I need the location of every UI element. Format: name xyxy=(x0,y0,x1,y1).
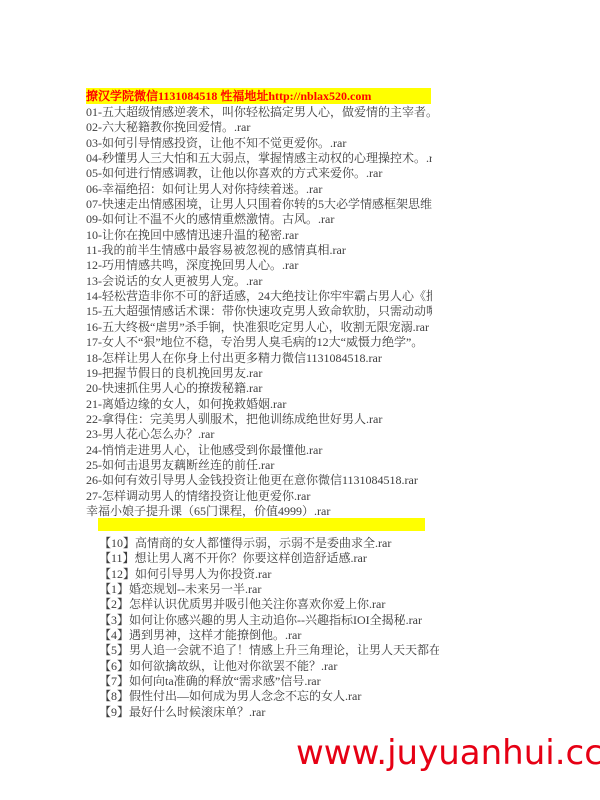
course-list-secondary: 【10】高情商的女人都懂得示弱，示弱不是委曲求全.rar 【11】想让男人离不开… xyxy=(99,536,439,720)
list-item: 【4】遇到男神，这样才能撩倒他。.rar xyxy=(99,628,439,643)
list-item: 26-如何有效引导男人金钱投资让他更在意你微信1131084518.rar xyxy=(86,473,432,488)
list-item: 21-离婚边缘的女人，如何挽救婚姻.rar xyxy=(86,397,432,412)
list-item: 19-把握节假日的良机挽回男友.rar xyxy=(86,366,432,381)
list-item: 05-如何进行情感调教，让他以你喜欢的方式来爱你。.rar xyxy=(86,166,432,181)
list-item: 【7】如何向ta准确的释放“需求感”信号.rar xyxy=(99,674,439,689)
list-item: 【2】怎样认识优质男并吸引他关注你喜欢你爱上你.rar xyxy=(99,597,439,612)
list-item: 10-让你在挽回中感情迅速升温的秘密.rar xyxy=(86,228,432,243)
list-item: 17-女人不“狠”地位不稳，专治男人臭毛病的12大“威慑力绝学”。 xyxy=(86,335,432,350)
list-item: 04-秒懂男人三大怕和五大弱点，掌握情感主动权的心理操控术。.rar xyxy=(86,151,432,166)
list-item: 【1】婚恋规划--未来另一半.rar xyxy=(99,582,439,597)
list-item: 【8】假性付出—如何成为男人念念不忘的女人.rar xyxy=(99,689,439,704)
list-item: 18-怎样让男人在你身上付出更多精力微信1131084518.rar xyxy=(86,351,432,366)
highlighted-divider xyxy=(98,518,425,531)
list-item: 【9】最好什么时候滚床单？.rar xyxy=(99,705,439,720)
course-list-main: 01-五大超级情感逆袭术，叫你轻松搞定男人心，做爱情的主宰者。 02-六大秘籍教… xyxy=(86,105,432,519)
list-item: 幸福小娘子提升课（65门课程，价值4999）.rar xyxy=(86,504,432,519)
list-item: 25-如何击退男友藕断丝连的前任.rar xyxy=(86,458,432,473)
highlighted-header: 撩汉学院微信1131084518 性福地址http://nblax520.com xyxy=(86,88,431,104)
list-item: 14-轻松营造非你不可的舒适感，24大绝技让你牢牢霸占男人心《报名 xyxy=(86,289,432,304)
list-item: 27-怎样调动男人的情绪投资让他更爱你.rar xyxy=(86,489,432,504)
list-item: 09-如何让不温不火的感情重燃激情。古风。.rar xyxy=(86,212,432,227)
watermark-url: www.juyuanhui.cc xyxy=(296,733,596,773)
list-item: 06-幸福绝招：如何让男人对你持续着迷。.rar xyxy=(86,182,432,197)
list-item: 15-五大超强情感话术课：带你快速攻克男人致命软肋，只需动动嘴就 xyxy=(86,304,432,319)
list-item: 20-快速抓住男人心的撩拨秘籍.rar xyxy=(86,381,432,396)
list-item: 16-五大终极“虐男”杀手锏，快准狠吃定男人心，收割无限宠溺.rar xyxy=(86,320,432,335)
list-item: 【10】高情商的女人都懂得示弱，示弱不是委曲求全.rar xyxy=(99,536,439,551)
list-item: 07-快速走出情感困境，让男人只围着你转的5大必学情感框架思维。 xyxy=(86,197,432,212)
list-item: 24-悄悄走进男人心，让他感受到你最懂他.rar xyxy=(86,443,432,458)
list-item: 【11】想让男人离不开你？你要这样创造舒适感.rar xyxy=(99,551,439,566)
list-item: 23-男人花心怎么办？.rar xyxy=(86,427,432,442)
list-item: 12-巧用情感共鸣，深度挽回男人心。.rar xyxy=(86,258,432,273)
document-page: 撩汉学院微信1131084518 性福地址http://nblax520.com… xyxy=(0,0,600,800)
list-item: 13-会说话的女人更被男人宠。.rar xyxy=(86,274,432,289)
list-item: 22-拿得住：完美男人驯服术，把他训练成绝世好男人.rar xyxy=(86,412,432,427)
list-item: 【3】如何让你感兴趣的男人主动追你--兴趣指标IOI全揭秘.rar xyxy=(99,613,439,628)
list-item: 01-五大超级情感逆袭术，叫你轻松搞定男人心，做爱情的主宰者。 xyxy=(86,105,432,120)
list-item: 【12】如何引导男人为你投资.rar xyxy=(99,567,439,582)
list-item: 03-如何引导情感投资，让他不知不觉更爱你。.rar xyxy=(86,136,432,151)
list-item: 【5】男人追一会就不追了！情感上升三角理论，让男人天天都在卖力 xyxy=(99,643,439,658)
list-item: 【6】如何欲擒故纵，让他对你欲罢不能？.rar xyxy=(99,659,439,674)
list-item: 02-六大秘籍教你挽回爱情。.rar xyxy=(86,120,432,135)
list-item: 11-我的前半生情感中最容易被忽视的感情真相.rar xyxy=(86,243,432,258)
